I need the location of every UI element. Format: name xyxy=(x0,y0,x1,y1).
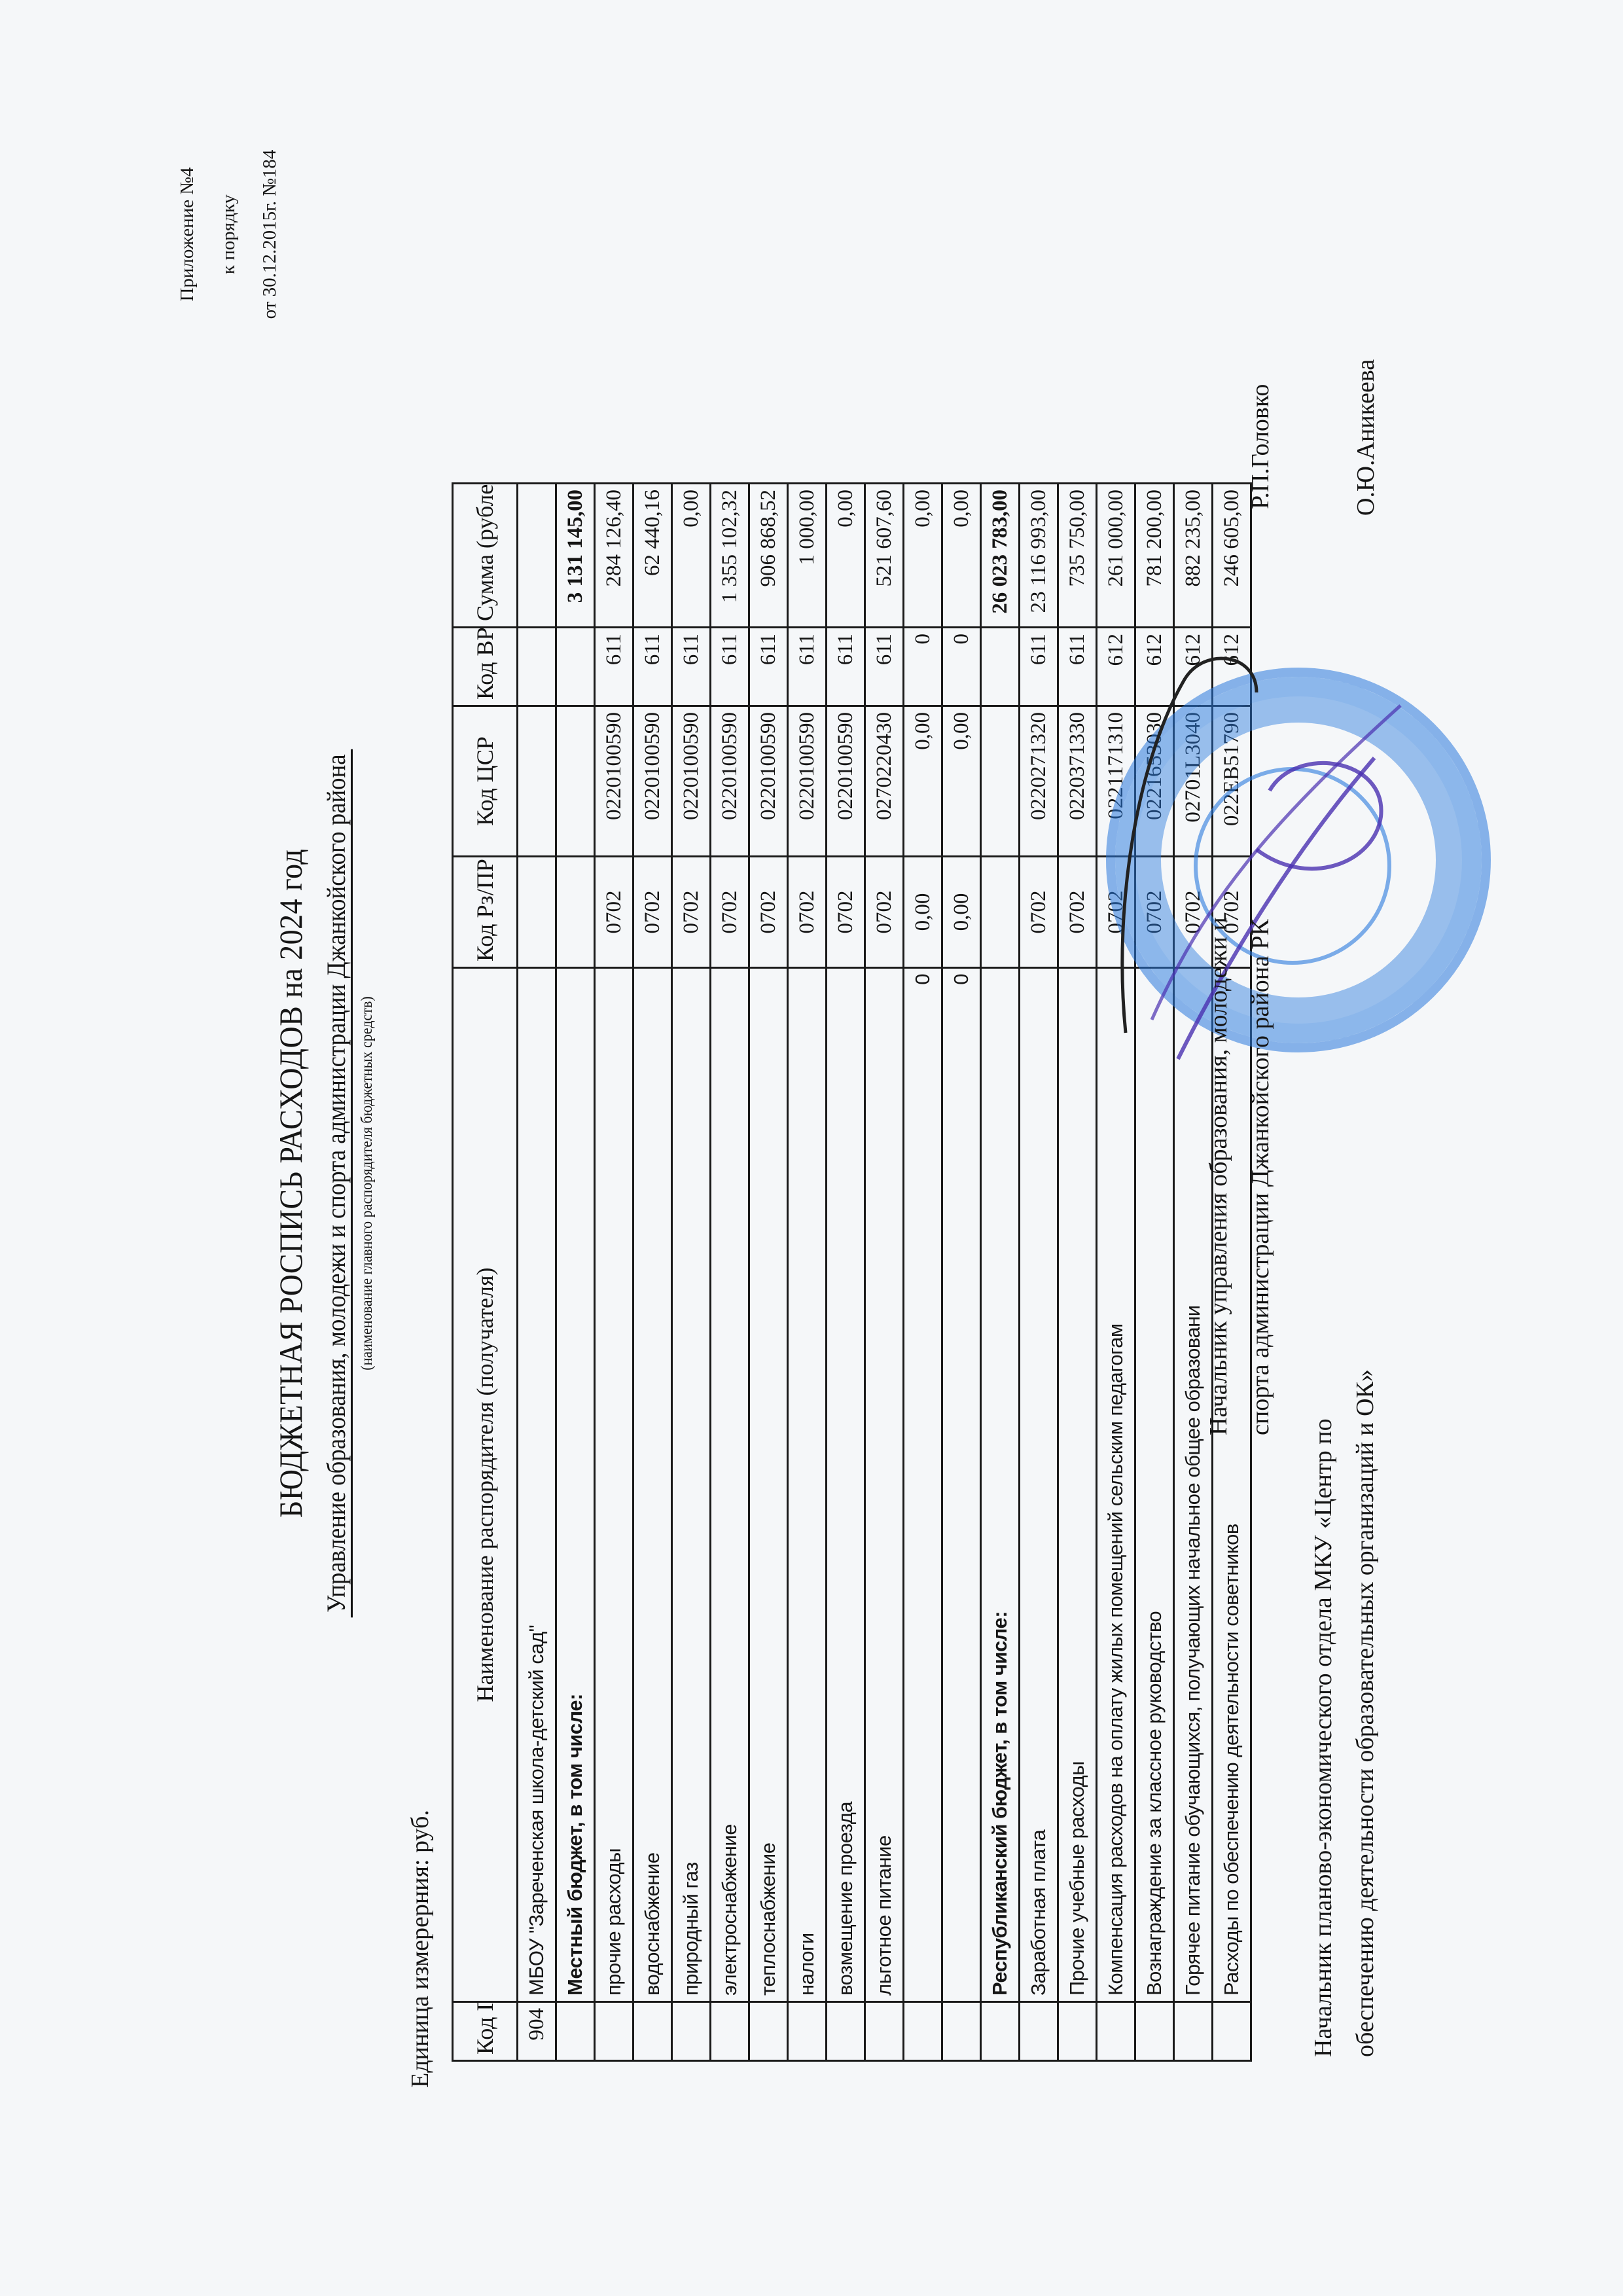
cell-sum: 735 750,00 xyxy=(1058,484,1097,628)
cell-vr: 0 xyxy=(942,628,981,706)
cell-name: Республиканский бюджет, в том числе: xyxy=(981,968,1020,2002)
cell-name: Заработная плата xyxy=(1020,968,1058,2002)
cell-grbs xyxy=(1058,2002,1097,2061)
cell-name: электроснабжение xyxy=(711,968,749,2002)
cell-csr: 0270220430 xyxy=(865,706,904,857)
cell-csr: 0,00 xyxy=(942,706,981,857)
cell-rzpr: 0702 xyxy=(711,857,749,968)
cell-csr: 0220100590 xyxy=(827,706,865,857)
cell-sum: 521 607,60 xyxy=(865,484,904,628)
cell-sum: 3 131 145,00 xyxy=(556,484,595,628)
cell-rzpr: 0,00 xyxy=(904,857,942,968)
organization-name-text: Управление образования, молодежи и спорт… xyxy=(321,749,353,1617)
cell-csr: 0220100590 xyxy=(711,706,749,857)
cell-rzpr: 0702 xyxy=(595,857,633,968)
cell-vr: 611 xyxy=(595,628,633,706)
table-row: Местный бюджет, в том числе:3 131 145,00 xyxy=(556,484,595,2061)
cell-grbs xyxy=(788,2002,827,2061)
cell-grbs xyxy=(711,2002,749,2061)
col-header-sum: Сумма (рублей) xyxy=(453,484,518,628)
table-row: Прочие учебные расходы070202203713306117… xyxy=(1058,484,1097,2061)
table-row: 904МБОУ "Зареченская школа-детский сад" xyxy=(518,484,556,2061)
cell-vr: 611 xyxy=(1058,628,1097,706)
cell-csr: 0220371330 xyxy=(1058,706,1097,857)
table-row: теплоснабжение07020220100590611906 868,5… xyxy=(749,484,788,2061)
table-row: льготное питание07020270220430611521 607… xyxy=(865,484,904,2061)
cell-vr: 611 xyxy=(711,628,749,706)
col-header-grbs: Код ГРБС xyxy=(453,2002,518,2061)
table-row: 00,000,0000,00 xyxy=(904,484,942,2061)
cell-sum xyxy=(518,484,556,628)
cell-name: Местный бюджет, в том числе: xyxy=(556,968,595,2002)
document-page: Приложение №4 к порядку от 30.12.2015г. … xyxy=(0,0,1623,2296)
cell-csr: 0220271320 xyxy=(1020,706,1058,857)
cell-vr: 611 xyxy=(865,628,904,706)
cell-sum: 1 355 102,32 xyxy=(711,484,749,628)
cell-vr: 611 xyxy=(749,628,788,706)
cell-grbs xyxy=(981,2002,1020,2061)
cell-name: налоги xyxy=(788,968,827,2002)
cell-rzpr: 0,00 xyxy=(942,857,981,968)
cell-rzpr: 0702 xyxy=(672,857,711,968)
signature-title-line1: Начальник планово-экономического отдела … xyxy=(1302,1206,1344,2057)
cell-csr: 0220100590 xyxy=(595,706,633,857)
document-title: БЮДЖЕТНАЯ РОСПИСЬ РАСХОДОВ на 2024 год xyxy=(272,581,310,1785)
cell-rzpr xyxy=(556,857,595,968)
cell-grbs xyxy=(1020,2002,1058,2061)
signature-block-planning: Начальник планово-экономического отдела … xyxy=(1302,1206,1386,2057)
cell-sum: 0,00 xyxy=(672,484,711,628)
signature-title-line2: спорта администрации Джанкойского района… xyxy=(1240,519,1281,1435)
cell-rzpr: 0702 xyxy=(1020,857,1058,968)
cell-name: льготное питание xyxy=(865,968,904,2002)
signature-name-head: Р.П.Головко xyxy=(1240,384,1281,509)
cell-sum: 23 116 993,00 xyxy=(1020,484,1058,628)
cell-name: 0 xyxy=(942,968,981,2002)
cell-rzpr xyxy=(981,857,1020,968)
cell-vr: 611 xyxy=(672,628,711,706)
cell-sum: 0,00 xyxy=(942,484,981,628)
cell-grbs xyxy=(904,2002,942,2061)
cell-grbs xyxy=(556,2002,595,2061)
cell-grbs xyxy=(749,2002,788,2061)
table-row: Заработная плата0702022027132061123 116 … xyxy=(1020,484,1058,2061)
cell-rzpr: 0702 xyxy=(865,857,904,968)
cell-sum: 781 200,00 xyxy=(1135,484,1174,628)
cell-csr xyxy=(981,706,1020,857)
signature-title-line2: обеспечению деятельности образовательных… xyxy=(1344,1206,1386,2057)
cell-csr xyxy=(556,706,595,857)
signature-title-line1: Начальник управления образования, молоде… xyxy=(1198,519,1240,1435)
table-row: водоснабжение0702022010059061162 440,16 xyxy=(633,484,672,2061)
appendix-number: Приложение №4 xyxy=(167,77,208,391)
cell-vr: 611 xyxy=(827,628,865,706)
cell-grbs xyxy=(1097,2002,1135,2061)
cell-rzpr xyxy=(518,857,556,968)
cell-sum: 906 868,52 xyxy=(749,484,788,628)
cell-csr: 0,00 xyxy=(904,706,942,857)
cell-grbs xyxy=(942,2002,981,2061)
cell-sum: 1 000,00 xyxy=(788,484,827,628)
table-row: налоги070202201005906111 000,00 xyxy=(788,484,827,2061)
cell-name: водоснабжение xyxy=(633,968,672,2002)
organization-note: (наименование главного распорядителя бюд… xyxy=(359,581,376,1785)
organization-name: Управление образования, молодежи и спорт… xyxy=(321,581,351,1785)
cell-sum: 0,00 xyxy=(904,484,942,628)
col-header-csr: Код ЦСР xyxy=(453,706,518,857)
table-row: возмещение проезда070202201005906110,00 xyxy=(827,484,865,2061)
cell-sum: 284 126,40 xyxy=(595,484,633,628)
cell-sum: 62 440,16 xyxy=(633,484,672,628)
cell-name: возмещение проезда xyxy=(827,968,865,2002)
cell-rzpr: 0702 xyxy=(827,857,865,968)
cell-rzpr: 0702 xyxy=(633,857,672,968)
cell-name: Компенсация расходов на оплату жилых пом… xyxy=(1097,968,1135,2002)
table-row: прочие расходы07020220100590611284 126,4… xyxy=(595,484,633,2061)
col-header-name: Наименование распорядителя (получателя) xyxy=(453,968,518,2002)
cell-csr: 0220100590 xyxy=(749,706,788,857)
table-header-row: Код ГРБС Наименование распорядителя (пол… xyxy=(453,484,518,2061)
appendix-order: к порядку xyxy=(208,77,249,391)
cell-name: теплоснабжение xyxy=(749,968,788,2002)
cell-name: природный газ xyxy=(672,968,711,2002)
signature-name-planning: О.Ю.Аникеева xyxy=(1345,359,1387,516)
cell-name: Вознаграждение за классное руководство xyxy=(1135,968,1174,2002)
cell-vr: 611 xyxy=(633,628,672,706)
cell-grbs xyxy=(865,2002,904,2061)
cell-grbs xyxy=(827,2002,865,2061)
cell-name: МБОУ "Зареченская школа-детский сад" xyxy=(518,968,556,2002)
cell-vr xyxy=(518,628,556,706)
cell-grbs xyxy=(633,2002,672,2061)
col-header-vr: Код ВР xyxy=(453,628,518,706)
cell-vr: 611 xyxy=(788,628,827,706)
col-header-rzpr: Код Рз/ПР xyxy=(453,857,518,968)
cell-grbs xyxy=(595,2002,633,2061)
cell-vr: 611 xyxy=(1020,628,1058,706)
cell-grbs xyxy=(1174,2002,1213,2061)
cell-rzpr: 0702 xyxy=(1058,857,1097,968)
cell-csr: 0220100590 xyxy=(672,706,711,857)
cell-vr xyxy=(556,628,595,706)
cell-rzpr: 0702 xyxy=(788,857,827,968)
cell-grbs xyxy=(672,2002,711,2061)
cell-sum: 261 000,00 xyxy=(1097,484,1135,628)
cell-vr xyxy=(981,628,1020,706)
signature-block-head: Начальник управления образования, молоде… xyxy=(1198,519,1281,1435)
cell-vr: 0 xyxy=(904,628,942,706)
appendix-reference: Приложение №4 к порядку от 30.12.2015г. … xyxy=(167,77,291,391)
appendix-date: от 30.12.2015г. №184 xyxy=(249,77,291,391)
cell-csr: 0220100590 xyxy=(788,706,827,857)
table-row: электроснабжение070202201005906111 355 1… xyxy=(711,484,749,2061)
unit-label: Единица измерерния: руб. xyxy=(406,1810,435,2088)
cell-sum: 26 023 783,00 xyxy=(981,484,1020,628)
cell-name: прочие расходы xyxy=(595,968,633,2002)
cell-grbs xyxy=(1135,2002,1174,2061)
cell-name: Прочие учебные расходы xyxy=(1058,968,1097,2002)
cell-grbs: 904 xyxy=(518,2002,556,2061)
table-row: 00,000,0000,00 xyxy=(942,484,981,2061)
table-row: Республиканский бюджет, в том числе:26 0… xyxy=(981,484,1020,2061)
cell-sum: 0,00 xyxy=(827,484,865,628)
cell-grbs xyxy=(1213,2002,1251,2061)
cell-csr xyxy=(518,706,556,857)
cell-name: 0 xyxy=(904,968,942,2002)
table-row: природный газ070202201005906110,00 xyxy=(672,484,711,2061)
cell-csr: 0220100590 xyxy=(633,706,672,857)
cell-rzpr: 0702 xyxy=(749,857,788,968)
